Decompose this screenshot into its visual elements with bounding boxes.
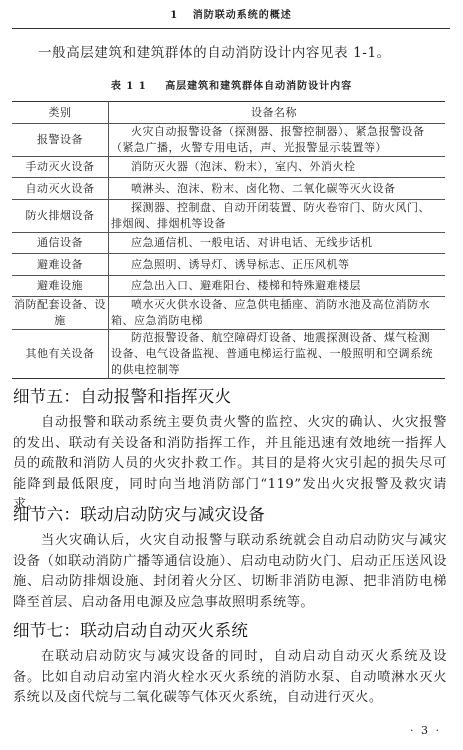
row-items: 消防灭火器（泡沫、粉末），室内、外消火栓 xyxy=(109,157,446,178)
chapter-title: 消防联动系统的概述 xyxy=(193,10,292,21)
section-linkage-disaster-equipment: 细节六：联动启动防灾与减灾设备 当火灾确认后，火灾自动报警与联动系统就会自动启动… xyxy=(13,504,447,613)
table-row: 防火排烟设备 探测器、控制盘、自动开闭装置、防火卷帘门、防火风门、排烟阀、排烟机… xyxy=(12,200,445,233)
table-row: 避难设备 应急照明、诱导灯、诱导标志、正压风机等 xyxy=(12,254,445,276)
table-row: 避难设施 应急出入口、避难阳台、楼梯和特殊避难楼层 xyxy=(12,276,445,297)
row-category: 报警设备 xyxy=(12,124,109,157)
table-caption-title: 高层建筑和建筑群体自动消防设计内容 xyxy=(165,81,352,92)
column-header-category: 类别 xyxy=(12,102,109,124)
section-heading: 细节五：自动报警和指挥灭火 xyxy=(13,386,447,408)
row-category: 防火排烟设备 xyxy=(12,200,109,233)
row-items: 应急通信机、一般电话、对讲电话、无线步话机 xyxy=(109,233,446,254)
table-header-row: 类别 设备名称 xyxy=(12,102,445,124)
chapter-number: 1 xyxy=(170,10,178,21)
row-category: 其他有关设备 xyxy=(12,330,109,379)
row-category: 避难设备 xyxy=(12,254,109,276)
row-items: 喷水灭火供水设备、应急供电插座、消防水池及高位消防水箱、应急消防电梯 xyxy=(109,297,446,330)
section-heading: 细节六：联动启动防灾与减灾设备 xyxy=(13,504,447,526)
table-caption: 表 1 1 高层建筑和建筑群体自动消防设计内容 xyxy=(0,80,463,94)
table-row: 报警设备 火灾自动报警设备（探测器、报警控制器）、紧急报警设备（紧急广播，火警专… xyxy=(12,124,445,157)
table-row: 消防配套设备、设施 喷水灭火供水设备、应急供电插座、消防水池及高位消防水箱、应急… xyxy=(12,297,445,330)
column-header-equipment: 设备名称 xyxy=(109,102,446,124)
section-auto-alarm: 细节五：自动报警和指挥灭火 自动报警和联动系统主要负责火警的监控、火灾的确认、火… xyxy=(13,386,447,516)
row-items: 防范报警设备、航空障碍灯设备、地震探测设备、煤气检测设备、电气设备监视、普通电梯… xyxy=(109,330,446,379)
running-head: 1 消防联动系统的概述 xyxy=(12,8,450,29)
row-category: 避难设施 xyxy=(12,276,109,297)
table-caption-label: 表 1 1 xyxy=(111,81,147,92)
intro-sentence: 一般高层建筑和建筑群体的自动消防设计内容见表 1-1。 xyxy=(38,44,391,62)
section-linkage-extinguishing: 细节七：联动启动自动灭火系统 在联动启动防灾与减灾设备的同时，自动启动自动灭火系… xyxy=(13,620,447,709)
row-items: 应急照明、诱导灯、诱导标志、正压风机等 xyxy=(109,254,446,276)
table-row: 其他有关设备 防范报警设备、航空障碍灯设备、地震探测设备、煤气检测设备、电气设备… xyxy=(12,330,445,379)
row-category: 手动灭火设备 xyxy=(12,157,109,178)
row-category: 通信设备 xyxy=(12,233,109,254)
row-items: 探测器、控制盘、自动开闭装置、防火卷帘门、防火风门、排烟阀、排烟机等设备 xyxy=(109,200,446,233)
page-number: · 3 · xyxy=(410,724,441,737)
section-body: 当火灾确认后，火灾自动报警与联动系统就会自动启动防灾与减灾设备（如联动消防广播等… xyxy=(13,531,447,613)
section-body: 在联动启动防灾与减灾设备的同时，自动启动自动灭火系统及设备。比如自动启动室内消火… xyxy=(13,647,447,709)
row-items: 火灾自动报警设备（探测器、报警控制器）、紧急报警设备（紧急广播，火警专用电话，声… xyxy=(109,124,446,157)
table-row: 通信设备 应急通信机、一般电话、对讲电话、无线步话机 xyxy=(12,233,445,254)
row-category: 消防配套设备、设施 xyxy=(12,297,109,330)
section-heading: 细节七：联动启动自动灭火系统 xyxy=(13,620,447,642)
table-row: 自动灭火设备 喷淋头、泡沫、粉末、卤化物、二氧化碳等灭火设备 xyxy=(12,178,445,200)
fire-design-table: 类别 设备名称 报警设备 火灾自动报警设备（探测器、报警控制器）、紧急报警设备（… xyxy=(12,101,445,379)
table-row: 手动灭火设备 消防灭火器（泡沫、粉末），室内、外消火栓 xyxy=(12,157,445,178)
row-category: 自动灭火设备 xyxy=(12,178,109,200)
section-body: 自动报警和联动系统主要负责火警的监控、火灾的确认、火灾报警的发出、联动有关设备和… xyxy=(13,413,447,516)
row-items: 喷淋头、泡沫、粉末、卤化物、二氧化碳等灭火设备 xyxy=(109,178,446,200)
row-items: 应急出入口、避难阳台、楼梯和特殊避难楼层 xyxy=(109,276,446,297)
